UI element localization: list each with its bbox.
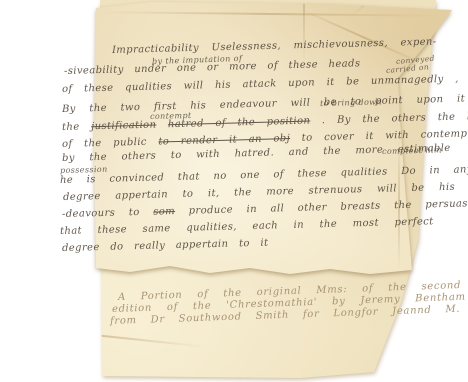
ink-line: Impracticability Uselessness, mischievou… <box>112 37 437 56</box>
struck-text: hatred of the position <box>168 116 311 131</box>
struck-text: som <box>153 206 175 218</box>
handwriting-text <box>156 119 168 130</box>
handwriting-text: to cover it with contempt <box>290 128 468 144</box>
handwriting-text: carried on <box>386 62 430 75</box>
handwriting-text: produce in all other breasts the persuas… <box>175 198 468 217</box>
ink-line: of these qualities will his attack upon … <box>62 74 459 95</box>
handwriting-text: . By the others the burden <box>310 110 468 126</box>
handwriting-text: -deavours to <box>62 207 154 220</box>
handwriting-text: of the public <box>62 136 159 150</box>
ink-line: that these same qualities, each in the m… <box>60 216 434 237</box>
handwriting-layer: Impracticability Uselessness, mischievou… <box>0 0 468 382</box>
handwriting-text: By the two first his endeavour will be t… <box>62 93 465 115</box>
handwriting-text: the <box>62 121 91 133</box>
handwriting-text: degree do really appertain to it <box>62 238 269 254</box>
struck-text: justification <box>91 120 156 133</box>
manuscript-photo: Impracticability Uselessness, mischievou… <box>0 0 468 382</box>
struck-text: to render it an obj <box>158 133 290 147</box>
handwriting-text: Impracticability Uselessness, mischievou… <box>112 37 437 56</box>
margin-note: carried on <box>386 62 430 75</box>
ink-line: By the two first his endeavour will be t… <box>62 93 465 115</box>
ink-line: degree do really appertain to it <box>62 238 269 254</box>
handwriting-text: that these same qualities, each in the m… <box>60 216 434 237</box>
handwriting-text: of these qualities will his attack upon … <box>62 74 459 95</box>
